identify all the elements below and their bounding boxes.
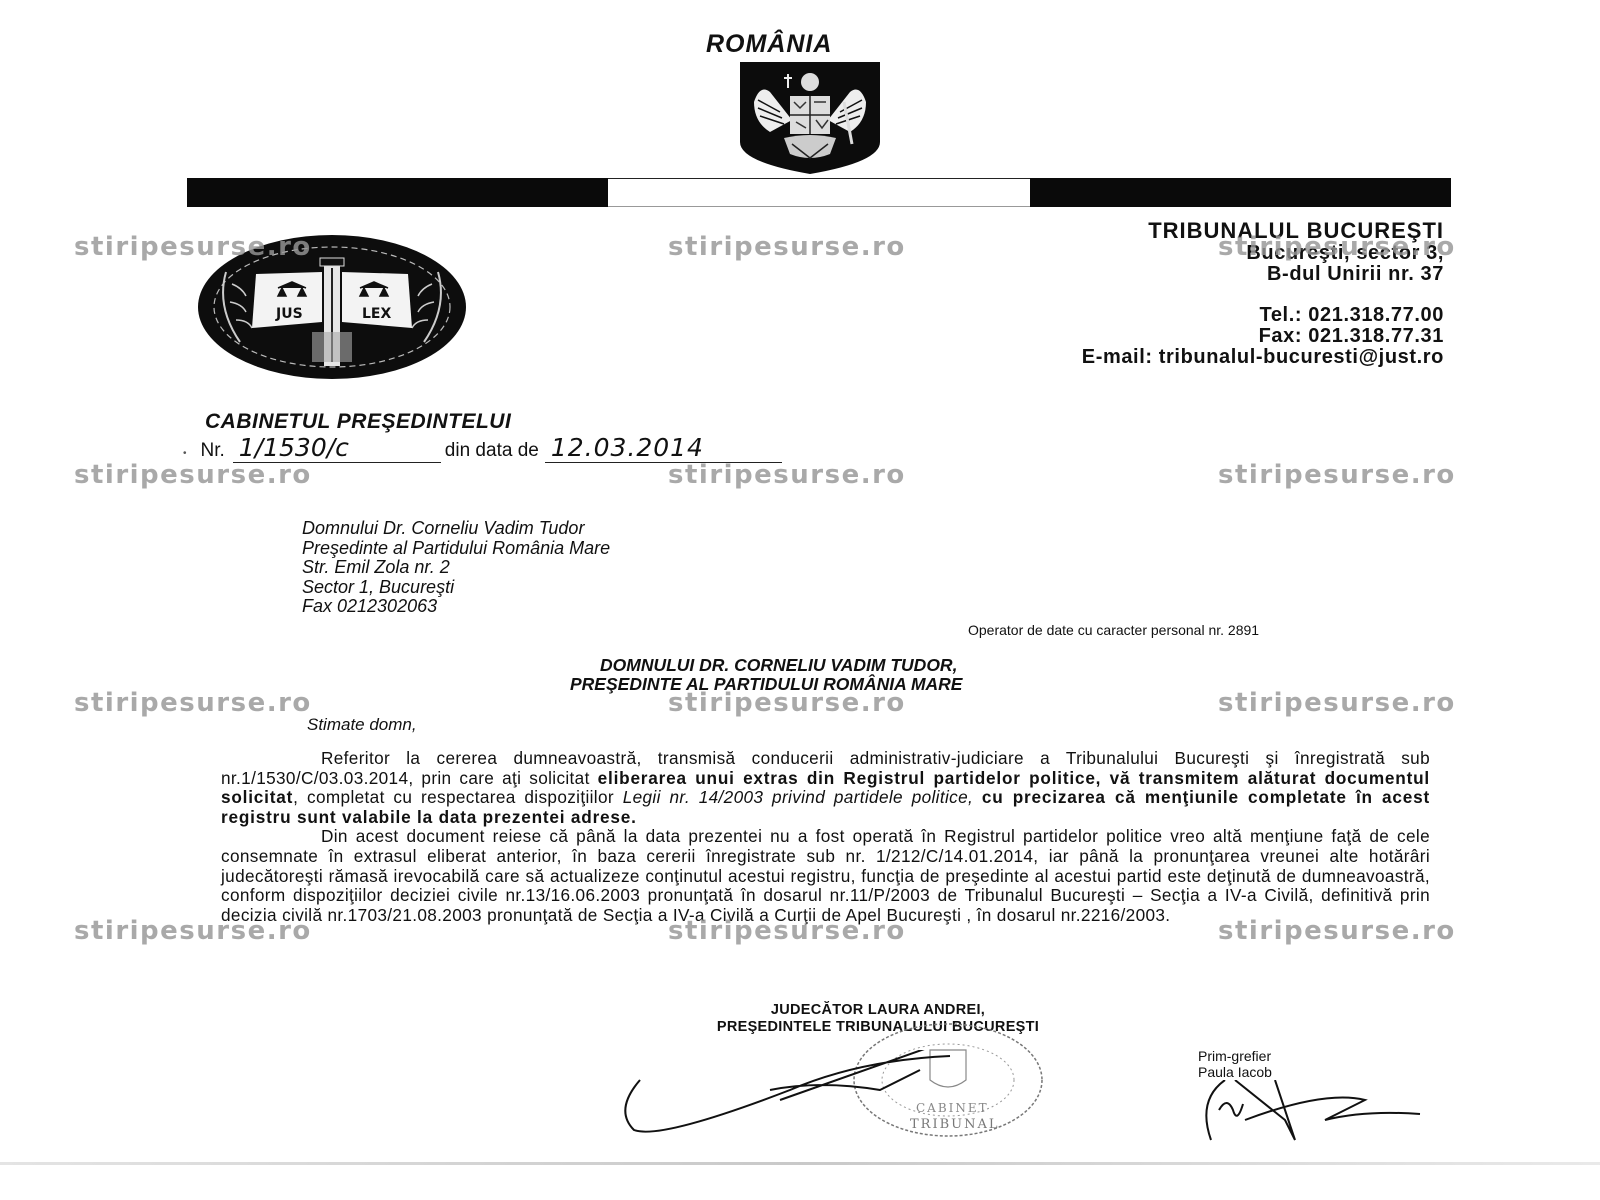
letter-body: Referitor la cererea dumneavoastră, tran…	[221, 749, 1430, 925]
department-heading: CABINETUL PREŞEDINTELUI	[205, 410, 511, 434]
judge-signature-icon	[620, 1050, 1020, 1140]
operator-note: Operator de date cu caracter personal nr…	[968, 622, 1259, 638]
recipient-line: Fax 0212302063	[302, 597, 610, 617]
body-text-run	[973, 787, 982, 807]
clerk-title: Prim-grefier	[1198, 1048, 1272, 1064]
institution-address-line2: B-dul Unirii nr. 37	[1082, 264, 1444, 285]
recipient-line: Preşedinte al Partidului România Mare	[302, 539, 610, 559]
date-label: din data de	[445, 440, 539, 462]
watermark: stiripesurse.ro	[668, 460, 906, 490]
institution-block: TRIBUNALUL BUCUREŞTI Bucureşti, sector 3…	[1082, 220, 1444, 368]
recipient-line: Sector 1, Bucureşti	[302, 578, 610, 598]
svg-text:LEX: LEX	[362, 306, 391, 322]
addressee-heading-line1: DOMNULUI DR. CORNELIU VADIM TUDOR,	[570, 656, 962, 675]
nr-label: Nr.	[201, 440, 225, 462]
recipient-line: Str. Emil Zola nr. 2	[302, 558, 610, 578]
watermark: stiripesurse.ro	[74, 688, 312, 718]
recipient-line: Domnului Dr. Corneliu Vadim Tudor	[302, 519, 610, 539]
clerk-signature-icon	[1205, 1080, 1425, 1170]
body-text-run: Legii nr. 14/2003 privind partidele poli…	[623, 787, 973, 807]
institution-address-line1: Bucureşti, sector 3,	[1082, 243, 1444, 264]
recipient-address: Domnului Dr. Corneliu Vadim Tudor Preşed…	[302, 519, 610, 617]
addressee-heading-line2: PREŞEDINTE AL PARTIDULUI ROMÂNIA MARE	[570, 675, 962, 694]
judge-name: JUDECĂTOR LAURA ANDREI,	[648, 1002, 1108, 1019]
svg-text:JUS: JUS	[275, 306, 303, 322]
greeting: Stimate domn,	[307, 715, 417, 735]
addressee-heading: DOMNULUI DR. CORNELIU VADIM TUDOR, PREŞE…	[570, 656, 962, 694]
institution-email: E-mail: tribunalul-bucuresti@just.ro	[1082, 347, 1444, 368]
watermark: stiripesurse.ro	[1218, 688, 1456, 718]
romania-coat-of-arms-icon	[740, 62, 880, 174]
watermark: stiripesurse.ro	[668, 232, 906, 262]
body-paragraph-2: Din acest document reiese că până la dat…	[221, 827, 1430, 925]
institution-fax: Fax: 021.318.77.31	[1082, 326, 1444, 347]
date-value: 12.03.2014	[545, 433, 782, 463]
clerk-block: Prim-grefier Paula Iacob	[1198, 1048, 1272, 1080]
court-seal-icon: JUS LEX	[196, 232, 468, 382]
watermark: stiripesurse.ro	[74, 460, 312, 490]
institution-name: TRIBUNALUL BUCUREŞTI	[1082, 220, 1444, 241]
watermark: stiripesurse.ro	[1218, 460, 1456, 490]
clerk-name: Paula Iacob	[1198, 1064, 1272, 1080]
body-text-run: , completat cu respectarea dispoziţiilor	[293, 787, 623, 807]
nr-value: 1/1530/c	[233, 433, 441, 463]
institution-tel: Tel.: 021.318.77.00	[1082, 305, 1444, 326]
scan-artifact-line	[0, 1162, 1600, 1165]
reference-line: • Nr. 1/1530/c din data de 12.03.2014	[183, 433, 782, 463]
tricolor-band	[187, 178, 1451, 207]
country-title: ROMÂNIA	[706, 30, 832, 59]
body-paragraph-1: Referitor la cererea dumneavoastră, tran…	[221, 749, 1430, 827]
